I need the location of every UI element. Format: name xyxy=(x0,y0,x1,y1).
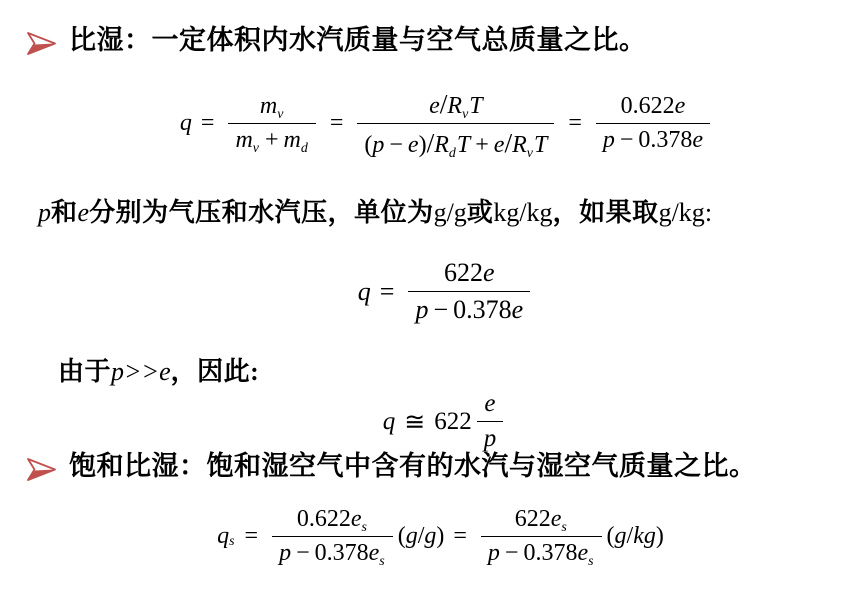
cn-text: 和 xyxy=(51,198,78,227)
math-var-m: m xyxy=(235,127,252,153)
math-var-p: p xyxy=(415,295,428,324)
math-minus: − xyxy=(433,295,448,324)
unit-g: g xyxy=(615,523,627,550)
math-var-R: R xyxy=(434,132,449,158)
fraction-qs-gkg: 622es p−0.378es xyxy=(481,506,602,567)
fraction-denominator: (p−e)/RdT+e/RvT xyxy=(357,123,554,159)
unit-slash: / xyxy=(627,523,634,550)
unit-kg: kg xyxy=(633,523,656,550)
math-equals: = xyxy=(380,277,395,307)
math-number: 0.378 xyxy=(453,295,512,324)
math-number: 0.622 xyxy=(297,506,351,532)
math-var-e: e xyxy=(483,258,495,287)
math-number: 622 xyxy=(434,408,472,436)
unit-gkg: g/kg xyxy=(659,198,705,227)
fraction-mass-ratio: mv mv+md xyxy=(228,93,315,154)
colon: : xyxy=(705,198,712,227)
fraction-numerator: e/RvT xyxy=(422,88,490,123)
cn-text: ，因此: xyxy=(171,357,260,386)
unit-open-paren: ( xyxy=(607,523,615,550)
math-sub-s: s xyxy=(588,554,593,569)
unit-slash: / xyxy=(418,523,425,550)
math-equals: = xyxy=(201,110,215,137)
math-sub-d: d xyxy=(301,141,308,156)
math-number: 0.378 xyxy=(523,540,577,566)
math-var-e: e xyxy=(78,198,90,227)
math-var-m: m xyxy=(260,93,277,119)
math-slash: / xyxy=(504,127,512,158)
math-var-e: e xyxy=(512,295,524,324)
math-sub-v: v xyxy=(253,141,259,156)
unit-gg: g/g xyxy=(434,198,467,227)
math-var-T: T xyxy=(534,132,547,158)
math-minus: − xyxy=(389,132,403,158)
fraction-qs-gg: 0.622es p−0.378es xyxy=(272,506,393,567)
math-number: 0.378 xyxy=(315,540,369,566)
math-inequality: p>>e xyxy=(111,357,171,386)
cn-text: ，如果取 xyxy=(553,198,659,227)
math-var-e: e xyxy=(577,540,588,566)
formula-q-approx: q ≅ 622 e p xyxy=(0,390,865,453)
math-var-R: R xyxy=(512,132,527,158)
math-var-p: p xyxy=(484,425,497,452)
math-paren: ) xyxy=(419,132,427,158)
math-var-R: R xyxy=(447,93,462,119)
cn-text: 由于 xyxy=(58,357,111,386)
math-sub-v: v xyxy=(527,146,533,161)
math-number: 0.622 xyxy=(621,93,675,119)
math-minus: − xyxy=(505,540,519,566)
formula-q-gkg: q = 622e p−0.378e xyxy=(0,258,865,325)
math-var-e: e xyxy=(429,93,440,119)
math-var-p: p xyxy=(38,198,51,227)
unit-kgkg: kg/kg xyxy=(493,198,552,227)
fraction-numerator: e xyxy=(477,390,502,421)
paragraph-units-note: p和e分别为气压和水汽压，单位为g/g或kg/kg，如果取g/kg: xyxy=(38,192,712,229)
slide: 比湿：一定体积内水汽质量与空气总质量之比。 q = mv mv+md = e/R… xyxy=(0,0,865,595)
math-equals: = xyxy=(453,523,467,550)
math-sub-v: v xyxy=(277,107,283,122)
math-var-p: p xyxy=(488,540,500,566)
fraction-denominator: mv+md xyxy=(228,123,315,154)
math-var-q: q xyxy=(180,110,192,137)
math-var-e: e xyxy=(351,506,362,532)
unit-open-paren: ( xyxy=(398,523,406,550)
fraction-q-gkg: 622e p−0.378e xyxy=(408,258,530,325)
fraction-e-over-p: e p xyxy=(477,390,504,453)
math-var-e: e xyxy=(494,132,505,158)
math-sub-v: v xyxy=(462,107,468,122)
unit-close-paren: ) xyxy=(656,523,664,550)
math-equals: = xyxy=(330,110,344,137)
fraction-numerator: 622e xyxy=(437,258,502,291)
bullet-item-specific-humidity: 比湿：一定体积内水汽质量与空气总质量之比。 xyxy=(26,24,647,66)
bullet-text-saturation-specific-humidity: 饱和比湿：饱和湿空气中含有的水汽与湿空气质量之比。 xyxy=(69,450,757,484)
unit-close-paren: ) xyxy=(436,523,444,550)
fraction-denominator: p−0.378es xyxy=(272,536,393,567)
math-sub-s: s xyxy=(229,534,234,550)
unit-g: g xyxy=(424,523,436,550)
math-equals: = xyxy=(568,110,582,137)
fraction-numerator: mv xyxy=(253,93,292,123)
fraction-simplified: 0.622e p−0.378e xyxy=(596,93,710,154)
math-sub-s: s xyxy=(379,554,384,569)
arrow-bullet-icon xyxy=(26,457,56,492)
math-sub-d: d xyxy=(449,146,456,161)
bullet-text-specific-humidity: 比湿：一定体积内水汽质量与空气总质量之比。 xyxy=(69,24,647,58)
math-var-p: p xyxy=(603,127,615,153)
math-var-q: q xyxy=(358,277,371,307)
math-var-e: e xyxy=(675,93,686,119)
fraction-numerator: 622es xyxy=(508,506,575,536)
math-var-e: e xyxy=(692,127,703,153)
unit-g: g xyxy=(406,523,418,550)
math-var-e: e xyxy=(551,506,562,532)
math-var-e: e xyxy=(369,540,380,566)
math-var-T: T xyxy=(457,132,470,158)
math-equals: = xyxy=(245,523,259,550)
math-var-m: m xyxy=(284,127,301,153)
math-var-q: q xyxy=(217,523,229,550)
fraction-denominator: p−0.378es xyxy=(481,536,602,567)
math-sub-s: s xyxy=(362,520,367,535)
math-sub-s: s xyxy=(561,520,566,535)
math-var-p: p xyxy=(279,540,291,566)
math-var-q: q xyxy=(383,408,396,436)
math-plus: + xyxy=(265,127,279,153)
math-number: 622 xyxy=(515,506,551,532)
math-var-p: p xyxy=(372,132,384,158)
bullet-item-saturation-specific-humidity: 饱和比湿：饱和湿空气中含有的水汽与湿空气质量之比。 xyxy=(26,450,757,492)
math-minus: − xyxy=(620,127,634,153)
math-minus: − xyxy=(296,540,310,566)
fraction-denominator: p−0.378e xyxy=(596,123,710,154)
math-var-e: e xyxy=(484,390,495,417)
math-plus: + xyxy=(475,132,489,158)
cn-text: 或 xyxy=(467,198,494,227)
fraction-denominator: p xyxy=(477,421,504,453)
paragraph-approximation-note: 由于p>>e，因此: xyxy=(58,351,259,388)
math-approx-equals: ≅ xyxy=(404,407,425,437)
math-number: 622 xyxy=(444,258,483,287)
math-var-T: T xyxy=(469,93,482,119)
fraction-denominator: p−0.378e xyxy=(408,291,530,325)
math-number: 0.378 xyxy=(638,127,692,153)
math-var-e: e xyxy=(408,132,419,158)
arrow-bullet-icon xyxy=(26,31,56,66)
cn-text: 分别为气压和水汽压，单位为 xyxy=(89,198,434,227)
formula-saturation-specific-humidity: qs = 0.622es p−0.378es (g / g) = 622es p… xyxy=(0,506,865,567)
fraction-numerator: 0.622e xyxy=(614,93,693,123)
fraction-vapor-pressure-ratio: e/RvT (p−e)/RdT+e/RvT xyxy=(357,88,554,159)
formula-specific-humidity-definition: q = mv mv+md = e/RvT (p−e)/RdT+e/RvT = 0… xyxy=(0,88,865,159)
fraction-numerator: 0.622es xyxy=(290,506,375,536)
